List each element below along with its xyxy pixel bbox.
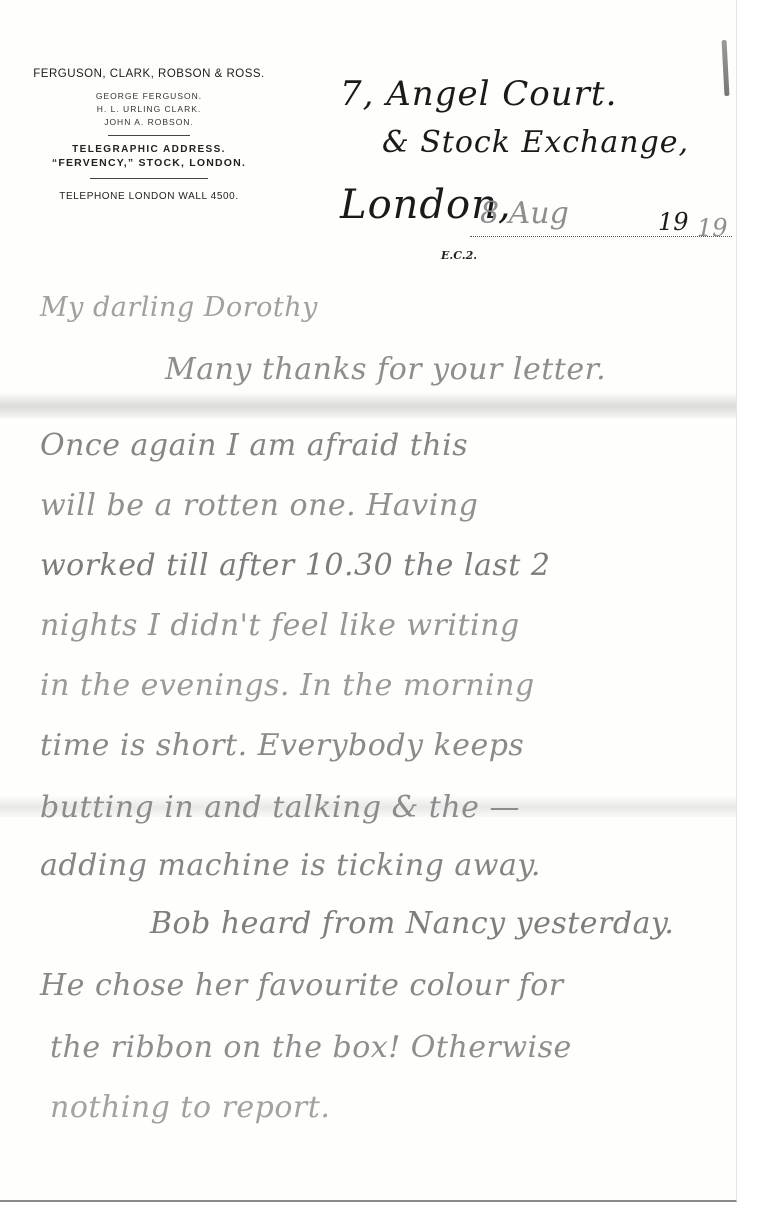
address-line-1: 7, Angel Court. bbox=[340, 74, 617, 114]
letter-line: Many thanks for your letter. bbox=[165, 352, 606, 387]
letter-line: Bob heard from Nancy yesterday. bbox=[150, 906, 674, 941]
letter-line: in the evenings. In the morning bbox=[40, 668, 535, 703]
salutation: My darling Dorothy bbox=[40, 292, 318, 323]
printed-year: 19 bbox=[658, 208, 689, 236]
partner-list: GEORGE FERGUSON. H. L. URLING CLARK. JOH… bbox=[18, 90, 280, 129]
pencil-mark bbox=[722, 40, 730, 96]
firm-name: FERGUSON, CLARK, ROBSON & ROSS. bbox=[18, 68, 280, 80]
letter-page: FERGUSON, CLARK, ROBSON & ROSS. GEORGE F… bbox=[0, 0, 737, 1202]
letter-line: nights I didn't feel like writing bbox=[40, 608, 520, 643]
letter-line: worked till after 10.30 the last 2 bbox=[40, 548, 550, 583]
letter-line: He chose her favourite colour for bbox=[40, 968, 564, 1003]
telegraphic-address-label: TELEGRAPHIC ADDRESS. bbox=[18, 144, 280, 155]
divider bbox=[108, 135, 190, 136]
telephone-number: TELEPHONE LONDON WALL 4500. bbox=[18, 191, 280, 202]
letter-line: adding machine is ticking away. bbox=[40, 848, 541, 883]
letterhead-firm-block: FERGUSON, CLARK, ROBSON & ROSS. GEORGE F… bbox=[18, 68, 280, 202]
letter-line: the ribbon on the box! Otherwise bbox=[50, 1030, 572, 1065]
postcode: E.C.2. bbox=[441, 249, 477, 262]
letter-line: butting in and talking & the — bbox=[40, 790, 520, 825]
address-line-2: & Stock Exchange, bbox=[382, 125, 689, 160]
date-dotted-line bbox=[470, 236, 732, 237]
partner-name: H. L. URLING CLARK. bbox=[18, 103, 280, 116]
partner-name: GEORGE FERGUSON. bbox=[18, 90, 280, 103]
letter-line: will be a rotten one. Having bbox=[40, 488, 478, 523]
paper-fold-shadow bbox=[0, 392, 736, 418]
letter-line: nothing to report. bbox=[50, 1090, 330, 1125]
partner-name: JOHN A. ROBSON. bbox=[18, 116, 280, 129]
divider bbox=[90, 178, 208, 179]
letter-line: time is short. Everybody keeps bbox=[40, 728, 524, 763]
letter-line: Once again I am afraid this bbox=[40, 428, 468, 463]
handwritten-date: 8 Aug bbox=[480, 196, 569, 231]
telegraphic-address: “FERVENCY,” STOCK, LONDON. bbox=[18, 157, 280, 169]
handwritten-year: 19 bbox=[697, 214, 728, 242]
